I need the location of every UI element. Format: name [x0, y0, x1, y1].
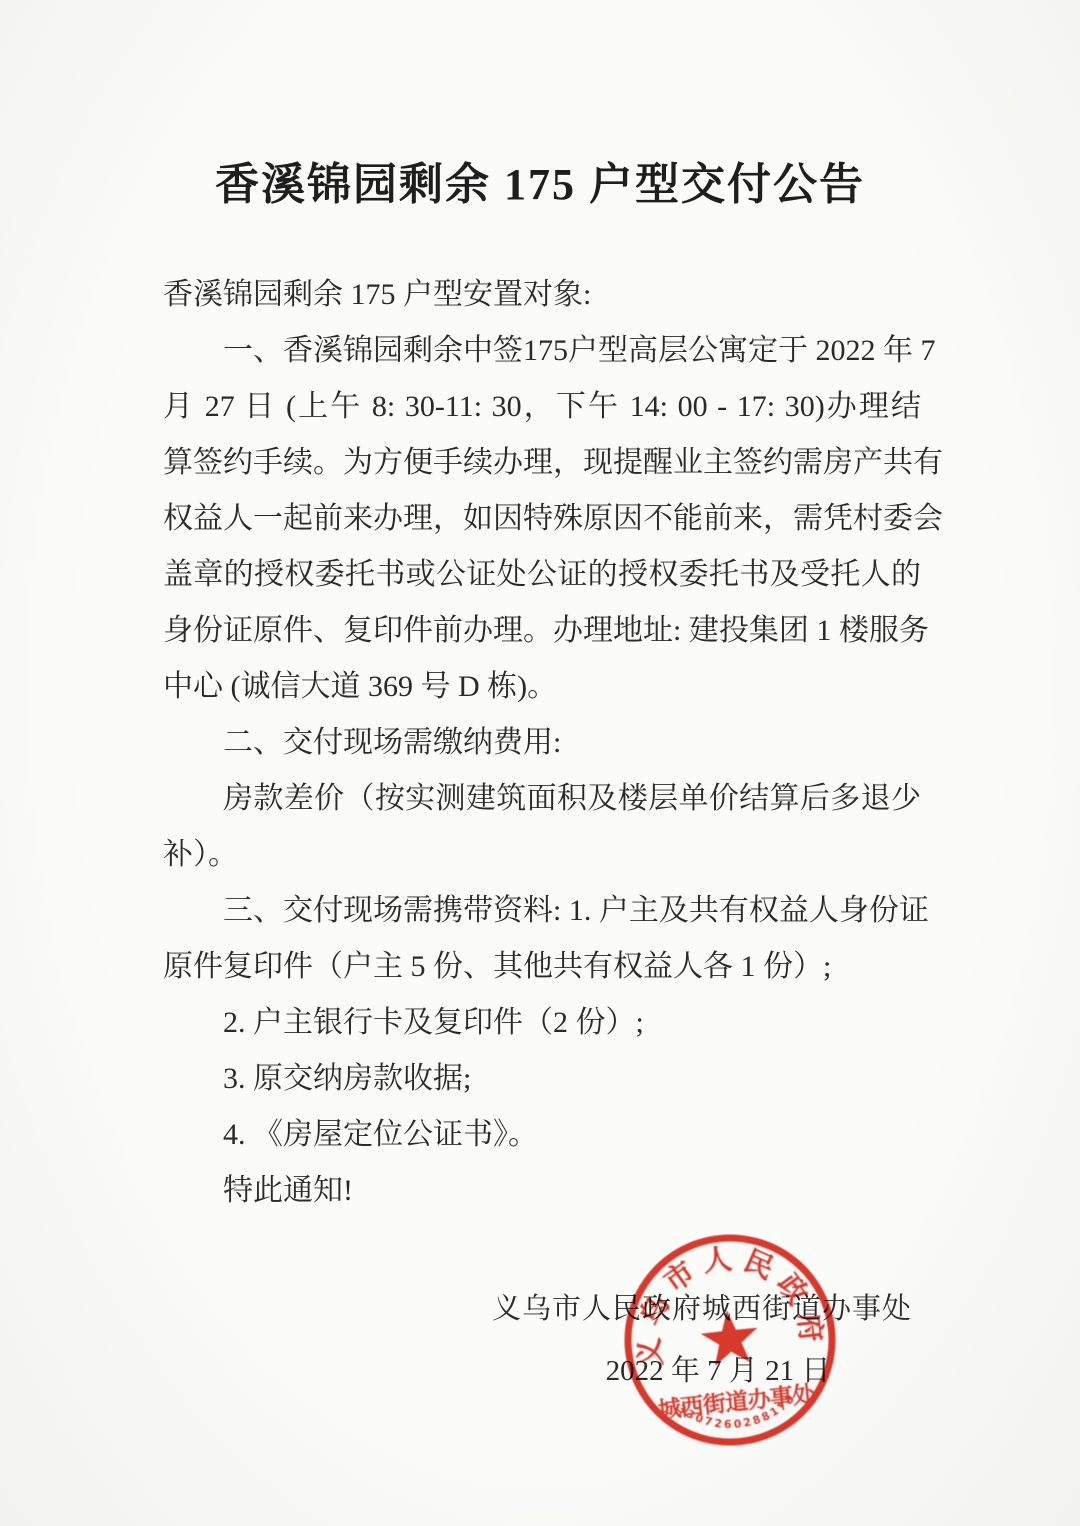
body-line: 特此通知!: [163, 1163, 921, 1219]
body-line: 原件复印件（户主 5 份、其他共有权益人各 1 份）;: [163, 939, 921, 995]
star-icon: [698, 1307, 760, 1367]
body-line: 权益人一起前来办理，如因特殊原因不能前来，需凭村委会: [163, 491, 921, 547]
page-title: 香溪锦园剩余 175 户型交付公告: [0, 155, 1080, 215]
announcement-page: 香溪锦园剩余 175 户型交付公告 香溪锦园剩余 175 户型安置对象: 一、香…: [0, 0, 1080, 1526]
body-line: 补）。: [163, 827, 921, 883]
body-line: 一、香溪锦园剩余中签175户型高层公寓定于 2022 年 7: [163, 323, 921, 379]
body-line: 盖章的授权委托书或公证处公证的授权委托书及受托人的: [163, 547, 921, 603]
body-line: 算签约手续。为方便手续办理，现提醒业主签约需房产共有: [163, 435, 921, 491]
body-line: 房款差价（按实测建筑面积及楼层单价结算后多退少: [163, 771, 921, 827]
official-seal: 义乌市人民政府 城西街道办事处 3307260288173: [610, 1220, 850, 1460]
body-line: 2. 户主银行卡及复印件（2 份）;: [163, 995, 921, 1051]
body-line: 月 27 日 (上午 8: 30-11: 30，下午 14: 00 - 17: …: [163, 379, 921, 435]
body-line: 4. 《房屋定位公证书》。: [163, 1107, 921, 1163]
body-line: 身份证原件、复印件前办理。办理地址: 建投集团 1 楼服务: [163, 603, 921, 659]
body-line: 香溪锦园剩余 175 户型安置对象:: [163, 267, 921, 323]
body-line: 3. 原交纳房款收据;: [163, 1051, 921, 1107]
body-line: 三、交付现场需携带资料: 1. 户主及共有权益人身份证: [163, 883, 921, 939]
body-line: 中心 (诚信大道 369 号 D 栋)。: [163, 659, 921, 715]
document-body: 香溪锦园剩余 175 户型安置对象: 一、香溪锦园剩余中签175户型高层公寓定于…: [163, 267, 921, 1219]
body-line: 二、交付现场需缴纳费用:: [163, 715, 921, 771]
